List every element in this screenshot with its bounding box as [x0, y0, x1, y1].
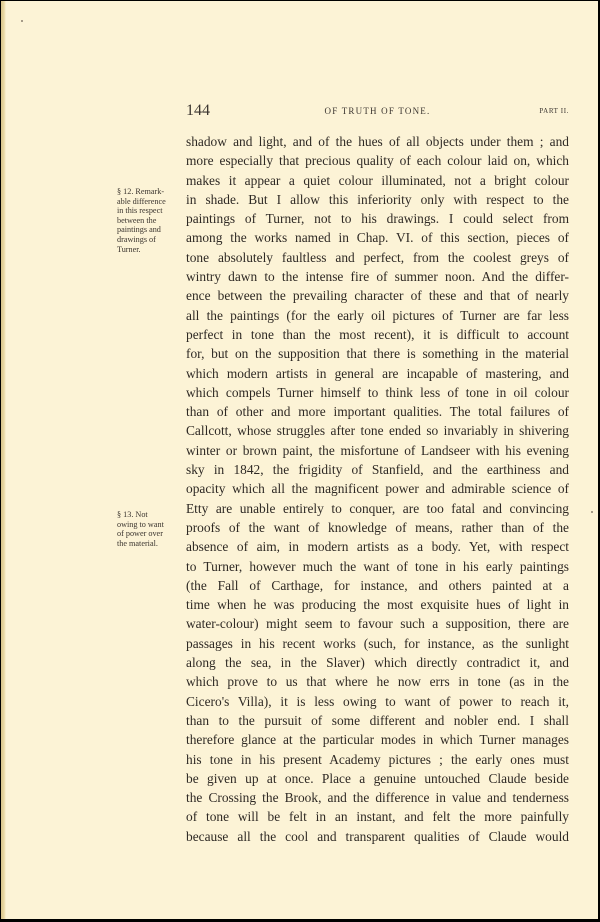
- text-line: sky in 1842, the frigidity of Stanfield,…: [186, 460, 569, 479]
- text-line: proofs of the want of knowledge of means…: [186, 518, 569, 537]
- text-line: therefore glance at the particular modes…: [186, 730, 569, 749]
- text-line: than of other and more important qualiti…: [186, 402, 569, 421]
- side-note-line: drawings of: [117, 235, 187, 245]
- text-line: shadow and light, and of the hues of all…: [186, 132, 569, 151]
- book-page: 144 OF TRUTH OF TONE. PART II. § 12. Rem…: [1, 1, 598, 919]
- text-line: opacity which all the magnificent power …: [186, 479, 569, 498]
- body-text: shadow and light, and of the hues of all…: [186, 132, 569, 846]
- paper-speck: [21, 20, 23, 22]
- text-line: time when he was producing the most exqu…: [186, 595, 569, 614]
- text-line: Callcott, whose struggles after tone end…: [186, 421, 569, 440]
- side-note-line: paintings and: [117, 225, 187, 235]
- text-line: the Crossing the Brook, and the differen…: [186, 788, 569, 807]
- side-note-line: Turner.: [117, 245, 187, 255]
- running-head-title: OF TRUTH OF TONE.: [186, 106, 569, 116]
- text-line: makes it appear a quiet colour illuminat…: [186, 171, 569, 190]
- side-note-line: able difference: [117, 197, 187, 207]
- text-line: which prove to us that where he now errs…: [186, 672, 569, 691]
- text-line: Cicero's Villa), it is less owing to wan…: [186, 692, 569, 711]
- text-line: for, but on the supposition that there i…: [186, 344, 569, 363]
- text-line: to Turner, however much the want of tone…: [186, 557, 569, 576]
- text-line: wintry dawn to the intense fire of summe…: [186, 267, 569, 286]
- text-line: be given up at once. Place a genuine unt…: [186, 769, 569, 788]
- side-note-section-12: § 12. Remark- able difference in this re…: [117, 187, 187, 254]
- text-line: more especially that precious quality of…: [186, 151, 569, 170]
- text-line: of tone will be felt in an instant, and …: [186, 807, 569, 826]
- text-line: paintings of Turner, not to his drawings…: [186, 209, 569, 228]
- side-note-line: the material.: [117, 539, 187, 549]
- text-line: his tone in his present Academy pictures…: [186, 750, 569, 769]
- page-binding-edge: [1, 1, 6, 919]
- text-line: because all the cool and transparent qua…: [186, 827, 569, 846]
- text-line: along the sea, in the Slaver) which dire…: [186, 653, 569, 672]
- side-note-line: § 12. Remark-: [117, 187, 187, 197]
- text-line: which modern artists in general are inca…: [186, 364, 569, 383]
- running-head: 144 OF TRUTH OF TONE. PART II.: [186, 105, 569, 121]
- text-line: all the paintings (for the early oil pic…: [186, 306, 569, 325]
- text-line: ence between the prevailing character of…: [186, 286, 569, 305]
- text-line: winter or brown paint, the misfortune of…: [186, 441, 569, 460]
- text-line: among the works named in Chap. VI. of th…: [186, 228, 569, 247]
- side-note-line: owing to want: [117, 520, 187, 530]
- side-note-line: in this respect: [117, 206, 187, 216]
- paper-speck: [591, 511, 593, 513]
- text-line: (the Fall of Carthage, for instance, and…: [186, 576, 569, 595]
- side-note-line: § 13. Not: [117, 510, 187, 520]
- text-line: tone absolutely faultless and perfect, f…: [186, 248, 569, 267]
- text-line: absence of aim, in modern artists as a b…: [186, 537, 569, 556]
- text-line: Etty are unable entirely to conquer, are…: [186, 499, 569, 518]
- text-line: perfect in tone than the most recent), i…: [186, 325, 569, 344]
- side-note-section-13: § 13. Not owing to want of power over th…: [117, 510, 187, 548]
- text-line: than to the pursuit of some different an…: [186, 711, 569, 730]
- side-note-line: between the: [117, 216, 187, 226]
- text-line: passages in his recent works (such, for …: [186, 634, 569, 653]
- side-note-line: of power over: [117, 529, 187, 539]
- text-line: in shade. But I allow this inferiority o…: [186, 190, 569, 209]
- text-line: which compels Turner himself to think le…: [186, 383, 569, 402]
- paper-speck: [354, 794, 355, 795]
- part-label: PART II.: [539, 107, 569, 115]
- text-line: water-colour) might seem to favour such …: [186, 614, 569, 633]
